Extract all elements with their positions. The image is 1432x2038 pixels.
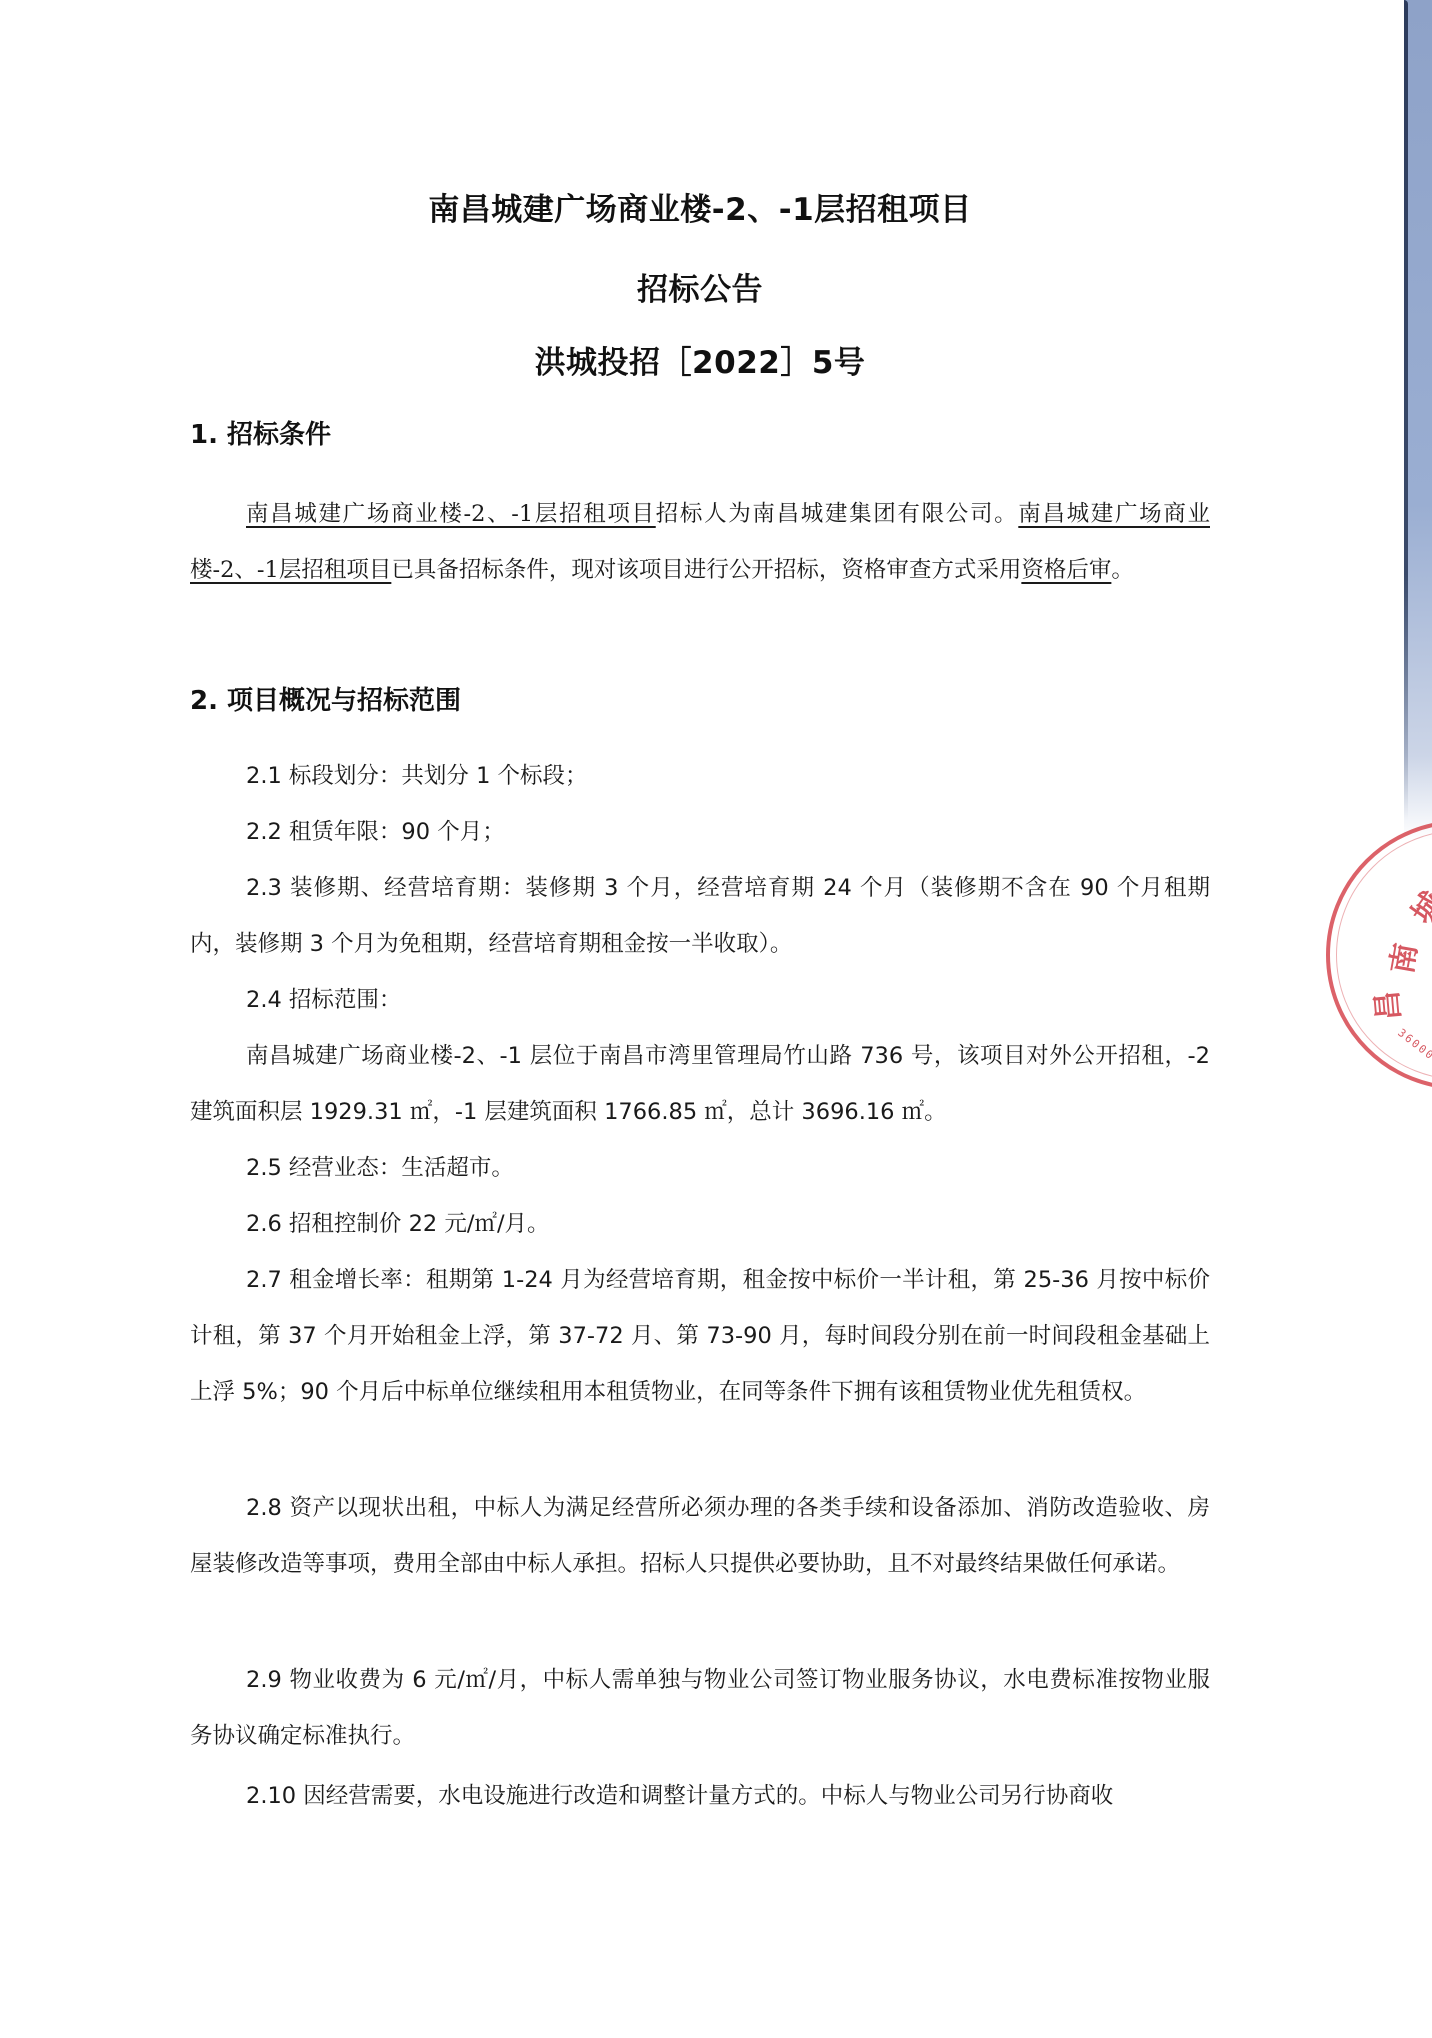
item-2-10: 2.10 因经营需要，水电设施进行改造和调整计量方式的。中标人与物业公司另行协商… bbox=[190, 1768, 1210, 1824]
text-segment: 已具备招标条件，现对该项目进行公开招标，资格审查方式采用 bbox=[391, 557, 1021, 583]
seal-char: 昌 bbox=[1362, 989, 1408, 1023]
section-heading-1: 1. 招标条件 bbox=[190, 414, 331, 451]
project-name-underlined: 南昌城建广场商业楼-2、-1层招租项目 bbox=[246, 501, 656, 527]
text-segment: 招标人为南昌城建集团有限公司。 bbox=[656, 501, 1019, 527]
section-heading-2: 2. 项目概况与招标范围 bbox=[190, 680, 461, 717]
item-2-9: 2.9 物业收费为 6 元/㎡/月，中标人需单独与物业公司签订物业服务协议，水电… bbox=[190, 1652, 1210, 1764]
item-2-8: 2.8 资产以现状出租，中标人为满足经营所必须办理的各类手续和设备添加、消防改造… bbox=[190, 1480, 1210, 1592]
text-segment: 。 bbox=[1111, 557, 1134, 583]
item-2-6: 2.6 招租控制价 22 元/㎡/月。 bbox=[190, 1196, 1210, 1252]
document-subtitle: 招标公告 bbox=[0, 264, 1400, 309]
qualification-method-underlined: 资格后审 bbox=[1021, 557, 1111, 583]
item-2-1: 2.1 标段划分：共划分 1 个标段； bbox=[190, 748, 1210, 804]
document-title: 南昌城建广场商业楼-2、-1层招租项目 bbox=[0, 184, 1400, 229]
item-2-5: 2.5 经营业态：生活超市。 bbox=[190, 1140, 1210, 1196]
section-1-paragraph: 南昌城建广场商业楼-2、-1层招租项目招标人为南昌城建集团有限公司。南昌城建广场… bbox=[190, 486, 1210, 598]
document-page: 南昌城建广场商业楼-2、-1层招租项目 招标公告 洪城投招［2022］5号 1.… bbox=[0, 0, 1432, 2038]
item-2-3: 2.3 装修期、经营培育期：装修期 3 个月，经营培育期 24 个月（装修期不含… bbox=[190, 860, 1210, 972]
item-2-4: 2.4 招标范围： bbox=[190, 972, 1210, 1028]
item-2-7: 2.7 租金增长率：租期第 1-24 月为经营培育期，租金按中标价一半计租，第 … bbox=[190, 1252, 1210, 1420]
item-2-2: 2.2 租赁年限：90 个月； bbox=[190, 804, 1210, 860]
item-2-4-body: 南昌城建广场商业楼-2、-1 层位于南昌市湾里管理局竹山路 736 号，该项目对… bbox=[190, 1028, 1210, 1140]
company-seal: 南 昌 城 建 36000000 bbox=[1326, 820, 1432, 1090]
document-number: 洪城投招［2022］5号 bbox=[0, 337, 1400, 382]
